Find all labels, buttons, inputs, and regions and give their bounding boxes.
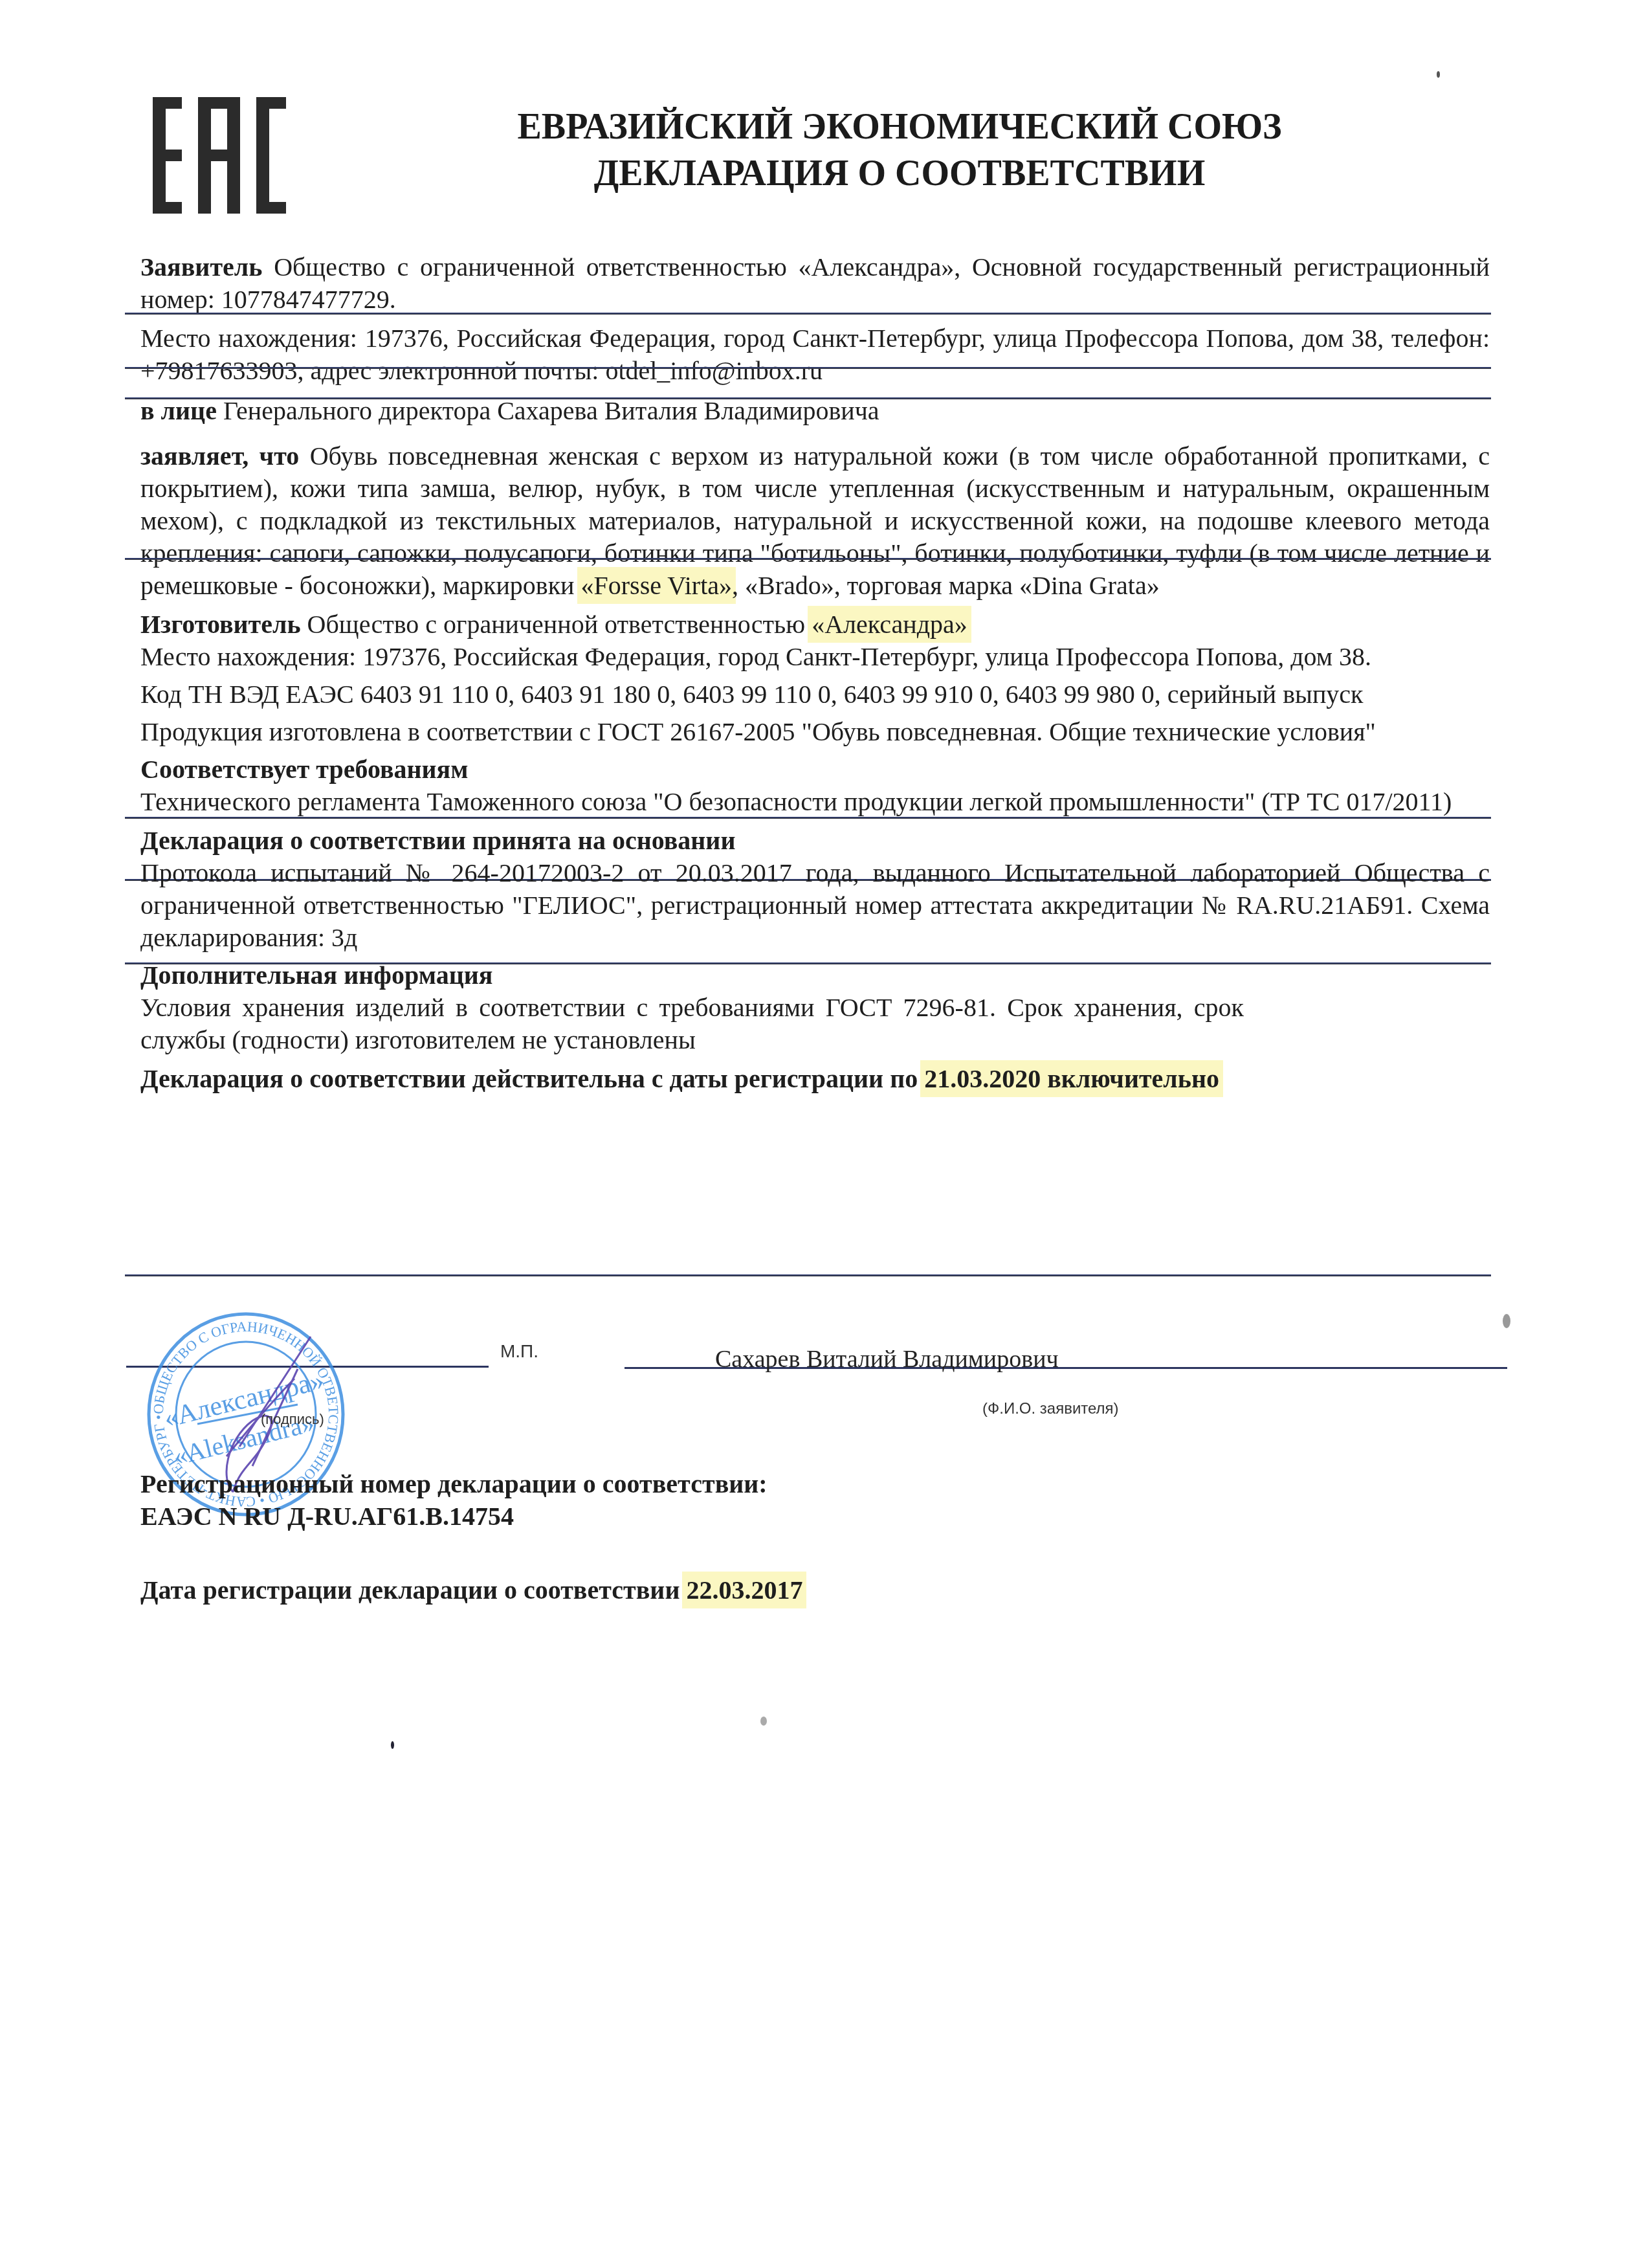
section-complies: Соответствует требованиям Технического р… [140, 753, 1490, 818]
applicant-label: Заявитель [140, 252, 262, 282]
title-union: ЕВРАЗИЙСКИЙ ЭКОНОМИЧЕСКИЙ СОЮЗ [414, 104, 1385, 150]
complies-text: Технического регламента Таможенного союз… [140, 786, 1490, 818]
scan-speck [391, 1741, 394, 1749]
registration-date: 22.03.2017 [686, 1575, 802, 1605]
additional-text: Условия хранения изделий в соответствии … [140, 992, 1490, 1056]
manufacturer-address: Место нахождения: 197376, Российская Фед… [140, 641, 1490, 673]
title-declaration: ДЕКЛАРАЦИЯ О СООТВЕТСТВИИ [414, 150, 1385, 197]
scan-speck [1437, 71, 1440, 78]
additional-label: Дополнительная информация [140, 959, 1490, 992]
validity-text: Декларация о соответствии действительна … [140, 1064, 924, 1093]
section-additional: Дополнительная информация Условия хранен… [140, 959, 1490, 1056]
registration-number-label: Регистрационный номер декларации о соотв… [140, 1468, 768, 1500]
represented-text: Генерального директора Сахарева Виталия … [217, 396, 879, 425]
scan-speck [760, 1717, 767, 1726]
section-applicant: Заявитель Общество с ограниченной ответс… [140, 251, 1490, 316]
section-basis: Декларация о соответствии принята на осн… [140, 825, 1490, 954]
document-title: ЕВРАЗИЙСКИЙ ЭКОНОМИЧЕСКИЙ СОЮЗ ДЕКЛАРАЦИ… [414, 104, 1385, 197]
signer-caption: (Ф.И.О. заявителя) [982, 1400, 1119, 1418]
registration-date-row: Дата регистрации декларации о соответств… [140, 1574, 802, 1606]
represented-label: в лице [140, 396, 217, 425]
declares-label: заявляет, что [140, 441, 299, 471]
divider [125, 367, 1491, 369]
marking-forsse-virta: «Forsse Virta» [581, 571, 733, 600]
declaration-body: Заявитель Общество с ограниченной ответс… [140, 251, 1490, 1095]
manufacturer-standard: Продукция изготовлена в соответствии с Г… [140, 716, 1490, 748]
registration-number: ЕАЭС N RU Д-RU.АГ61.В.14754 [140, 1500, 514, 1533]
section-applicant-address: Место нахождения: 197376, Российская Фед… [140, 322, 1490, 387]
applicant-text: Общество с ограниченной ответственностью… [140, 252, 1490, 314]
section-declares: заявляет, что Обувь повседневная женская… [140, 440, 1490, 602]
section-manufacturer: Изготовитель Общество с ограниченной отв… [140, 608, 1490, 748]
manufacturer-label: Изготовитель [140, 610, 301, 639]
divider [125, 1274, 1491, 1276]
divider [125, 397, 1491, 399]
scan-speck [1503, 1314, 1510, 1328]
divider [125, 313, 1491, 315]
basis-text: Протокола испытаний № 264-20172003-2 от … [140, 857, 1490, 954]
applicant-address: Место нахождения: 197376, Российская Фед… [140, 322, 1490, 387]
manufacturer-text: Общество с ограниченной ответственностью [301, 610, 812, 639]
registration-date-label: Дата регистрации декларации о соответств… [140, 1575, 686, 1605]
markings-rest: , «Brado», торговая марка «Dina Grata» [732, 571, 1160, 600]
section-represented-by: в лице Генерального директора Сахарева В… [140, 395, 1490, 427]
signer-name: Сахарев Виталий Владимирович [715, 1345, 1059, 1373]
section-validity: Декларация о соответствии действительна … [140, 1063, 1490, 1095]
manufacturer-name: «Александра» [812, 610, 967, 639]
stamp-place-label: М.П. [500, 1341, 538, 1362]
divider [125, 558, 1491, 560]
complies-label: Соответствует требованиям [140, 753, 1490, 786]
signature-caption: (подпись) [261, 1411, 324, 1428]
basis-label: Декларация о соответствии принята на осн… [140, 825, 1490, 857]
eac-logo-icon [153, 97, 289, 214]
validity-date: 21.03.2020 включительно [924, 1064, 1219, 1093]
manufacturer-codes: Код ТН ВЭД ЕАЭС 6403 91 110 0, 6403 91 1… [140, 678, 1490, 711]
